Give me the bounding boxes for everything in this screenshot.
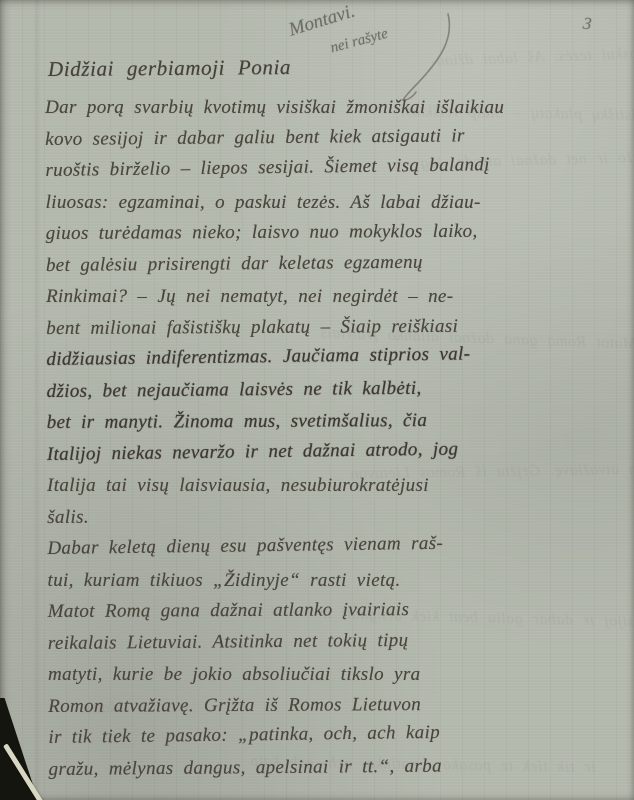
handwritten-line: matyti, kurie be jokio absoliučiai tiksl…: [48, 659, 626, 691]
handwritten-line: tui, kuriam tikiuos „Židinyje“ rasti vie…: [48, 564, 626, 596]
handwritten-line: reikalais Lietuviai. Atsitinka net tokių…: [48, 622, 626, 659]
letter-body: Dar porą svarbių kvotimų visiškai žmoniš…: [45, 89, 627, 785]
handwritten-line: ir tik tiek te pasako: „patinka, och, ac…: [48, 714, 626, 753]
handwritten-line: Rinkimai? – Jų nei nematyt, nei negirdėt…: [46, 281, 624, 313]
handwritten-line: gražu, mėlynas dangus, apelsinai ir tt.“…: [48, 748, 626, 785]
page-number: 3: [582, 14, 593, 35]
handwritten-line: bet galėsiu prisirengti dar keletas egza…: [46, 244, 624, 281]
handwritten-line: ruoštis birželio – liepos sesijai. Šieme…: [45, 147, 623, 186]
handwritten-line: didžiausias indiferentizmas. Jaučiama st…: [46, 336, 624, 375]
salutation-line: Didžiai gerbiamoji Ponia: [48, 55, 291, 82]
handwritten-line: giuos turėdamas nieko; laisvo nuo mokykl…: [46, 215, 624, 250]
scan-background: { "page": { "number": "3", "annotation":…: [0, 0, 634, 800]
letter-page: liuosas: egzaminai, o paskui tezės. Aš l…: [0, 0, 634, 800]
handwritten-line: Matot Romą gana dažnai atlanko įvairiais: [48, 593, 626, 628]
handwritten-line: Dabar keletą dienų esu pašventęs vienam …: [47, 525, 625, 564]
handwritten-line: džios, bet nejaučiama laisvės ne tik kal…: [46, 370, 624, 407]
handwritten-line: liuosas: egzaminai, o paskui tezės. Aš l…: [46, 186, 624, 218]
